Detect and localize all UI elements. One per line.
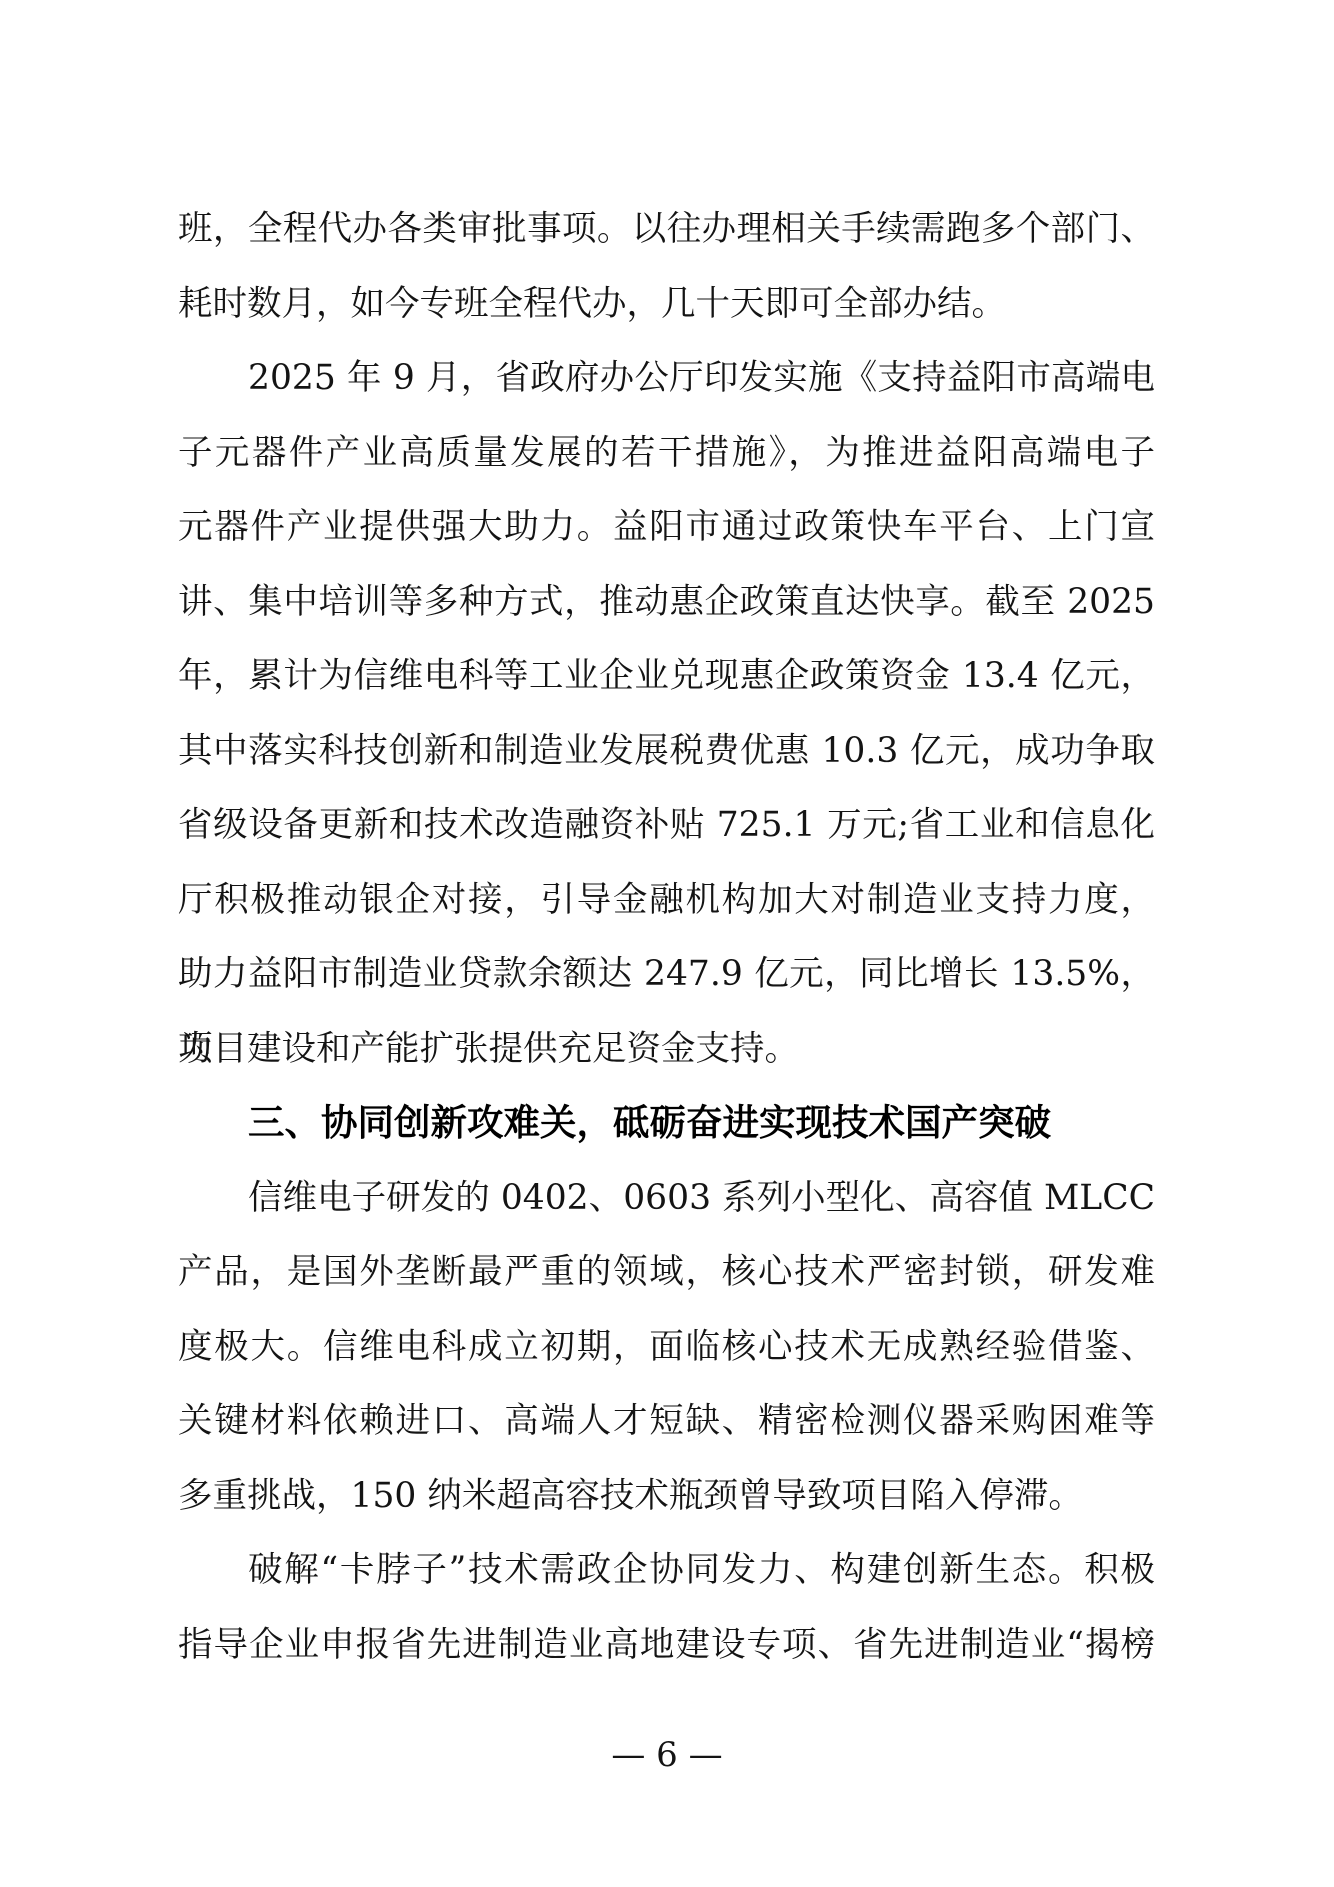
text-line: 耗时数月，如今专班全程代办，几十天即可全部办结。 [178,267,1155,342]
text-line: 其中落实科技创新和制造业发展税费优惠 10.3 亿元，成功争取 [178,714,1155,789]
text-line: 2025 年 9 月，省政府办公厅印发实施《支持益阳市高端电 [178,341,1155,416]
text-line: 厅积极推动银企对接，引导金融机构加大对制造业支持力度， [178,863,1155,938]
text-line: 项目建设和产能扩张提供充足资金支持。 [178,1012,1155,1087]
text-line: 子元器件产业高质量发展的若干措施》，为推进益阳高端电子 [178,416,1155,491]
text-line: 班，全程代办各类审批事项。以往办理相关手续需跑多个部门、 [178,192,1155,267]
document-content: 班，全程代办各类审批事项。以往办理相关手续需跑多个部门、耗时数月，如今专班全程代… [178,192,1155,1682]
text-line: 年，累计为信维电科等工业企业兑现惠企政策资金 13.4 亿元， [178,639,1155,714]
text-line: 产品，是国外垄断最严重的领域，核心技术严密封锁，研发难 [178,1235,1155,1310]
text-line: 助力益阳市制造业贷款余额达 247.9 亿元，同比增长 13.5%，为 [178,937,1155,1012]
document-page: 班，全程代办各类审批事项。以往办理相关手续需跑多个部门、耗时数月，如今专班全程代… [0,0,1334,1887]
text-line: 度极大。信维电科成立初期，面临核心技术无成熟经验借鉴、 [178,1310,1155,1385]
text-line: 破解“卡脖子”技术需政企协同发力、构建创新生态。积极 [178,1533,1155,1608]
section-heading: 三、协同创新攻难关，砥砺奋进实现技术国产突破 [178,1086,1155,1161]
text-line: 讲、集中培训等多种方式，推动惠企政策直达快享。截至 2025 [178,565,1155,640]
text-line: 多重挑战，150 纳米超高容技术瓶颈曾导致项目陷入停滞。 [178,1459,1155,1534]
text-line: 关键材料依赖进口、高端人才短缺、精密检测仪器采购困难等 [178,1384,1155,1459]
text-line: 信维电子研发的 0402、0603 系列小型化、高容值 MLCC [178,1161,1155,1236]
text-line: 省级设备更新和技术改造融资补贴 725.1 万元;省工业和信息化 [178,788,1155,863]
page-number: — 6 — [0,1732,1334,1778]
text-line: 元器件产业提供强大助力。益阳市通过政策快车平台、上门宣 [178,490,1155,565]
text-line: 指导企业申报省先进制造业高地建设专项、省先进制造业“揭榜 [178,1608,1155,1683]
